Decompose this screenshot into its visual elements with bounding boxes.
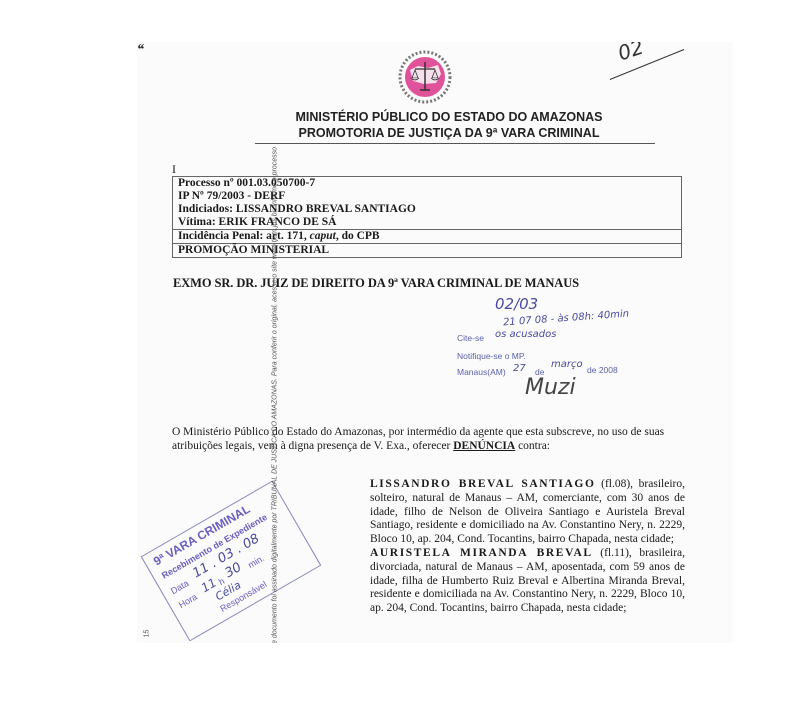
case-info-box: Processo nº 001.03.050700-7 IP Nº 79/200… [172,176,682,258]
dispatch-stamp: 02/03 21 07 08 - às 08h: 40min Cite-se o… [455,295,705,400]
defendant-entry: LISSANDRO BREVAL SANTIAGO (fl.08), brasi… [370,478,685,547]
penal-suffix: , do CPB [336,230,380,242]
defendant-name: LISSANDRO BREVAL SANTIAGO [370,478,596,490]
case-document-title: PROMOÇÃO MINISTERIAL [173,243,681,257]
header-divider [255,143,655,144]
dispatch-day: 27 [513,363,526,374]
case-accused: Indiciados: LISSANDRO BREVAL SANTIAGO [173,203,681,216]
dispatch-month: março [551,359,583,370]
receipt-time-label: Hora [177,592,199,610]
court-emblem-icon [398,50,452,104]
dispatch-cite-value: os acusados [495,329,556,340]
header-institution: MINISTÉRIO PÚBLICO DO ESTADO DO AMAZONAS [137,110,733,124]
penal-caput: caput [310,230,336,242]
receipt-stamp: 9ª VARA CRIMINAL Recebimento de Expedien… [141,481,322,642]
label-cite: Cite-se [457,333,484,343]
receipt-time-min: min. [246,553,266,570]
handwritten-page-number: 02 [615,42,647,65]
section-numeral: I [172,162,176,177]
defendants-list: LISSANDRO BREVAL SANTIAGO (fl.08), brasi… [370,478,685,616]
document-page: ‘‘ 02 MINISTÉRIO PÚBLICO DO ESTADO DO AM… [137,42,733,643]
intro-text: O Ministério Público do Estado do Amazon… [172,426,664,452]
addressee-line: EXMO SR. DR. JUIZ DE DIREITO DA 9ª VARA … [173,276,579,291]
defendant-name: AURISTELA MIRANDA BREVAL [370,547,593,559]
receipt-date-label: Data [169,578,190,596]
intro-text-end: contra: [515,440,550,452]
label-year: de 2008 [587,365,618,375]
dispatch-number: 02/03 [495,295,538,313]
case-penal-incidence: Incidência Penal: art. 171, caput, do CP… [173,229,681,243]
corner-mark: ‘‘ [137,42,144,59]
intro-paragraph: O Ministério Público do Estado do Amazon… [172,425,692,453]
case-process-number: Processo nº 001.03.050700-7 [173,177,681,190]
header-department: PROMOTORIA DE JUSTIÇA DA 9ª VARA CRIMINA… [137,126,733,140]
digital-signature-note: Este documento foi assinado digitalmente… [272,141,279,644]
side-note-fragment: 15 [143,630,150,638]
label-city: Manaus(AM) [457,367,506,377]
intro-keyword: DENÚNCIA [453,440,515,452]
label-notify: Notifique-se o MP. [457,351,526,361]
case-victim: Vítima: ERIK FRANCO DE SÁ [173,216,681,229]
case-ip-number: IP Nº 79/2003 - DERF [173,190,681,203]
defendant-entry: AURISTELA MIRANDA BREVAL (fl.11), brasil… [370,547,685,616]
penal-prefix: Incidência Penal: art. 171, [178,230,310,242]
judge-signature: Muzi [525,375,576,400]
